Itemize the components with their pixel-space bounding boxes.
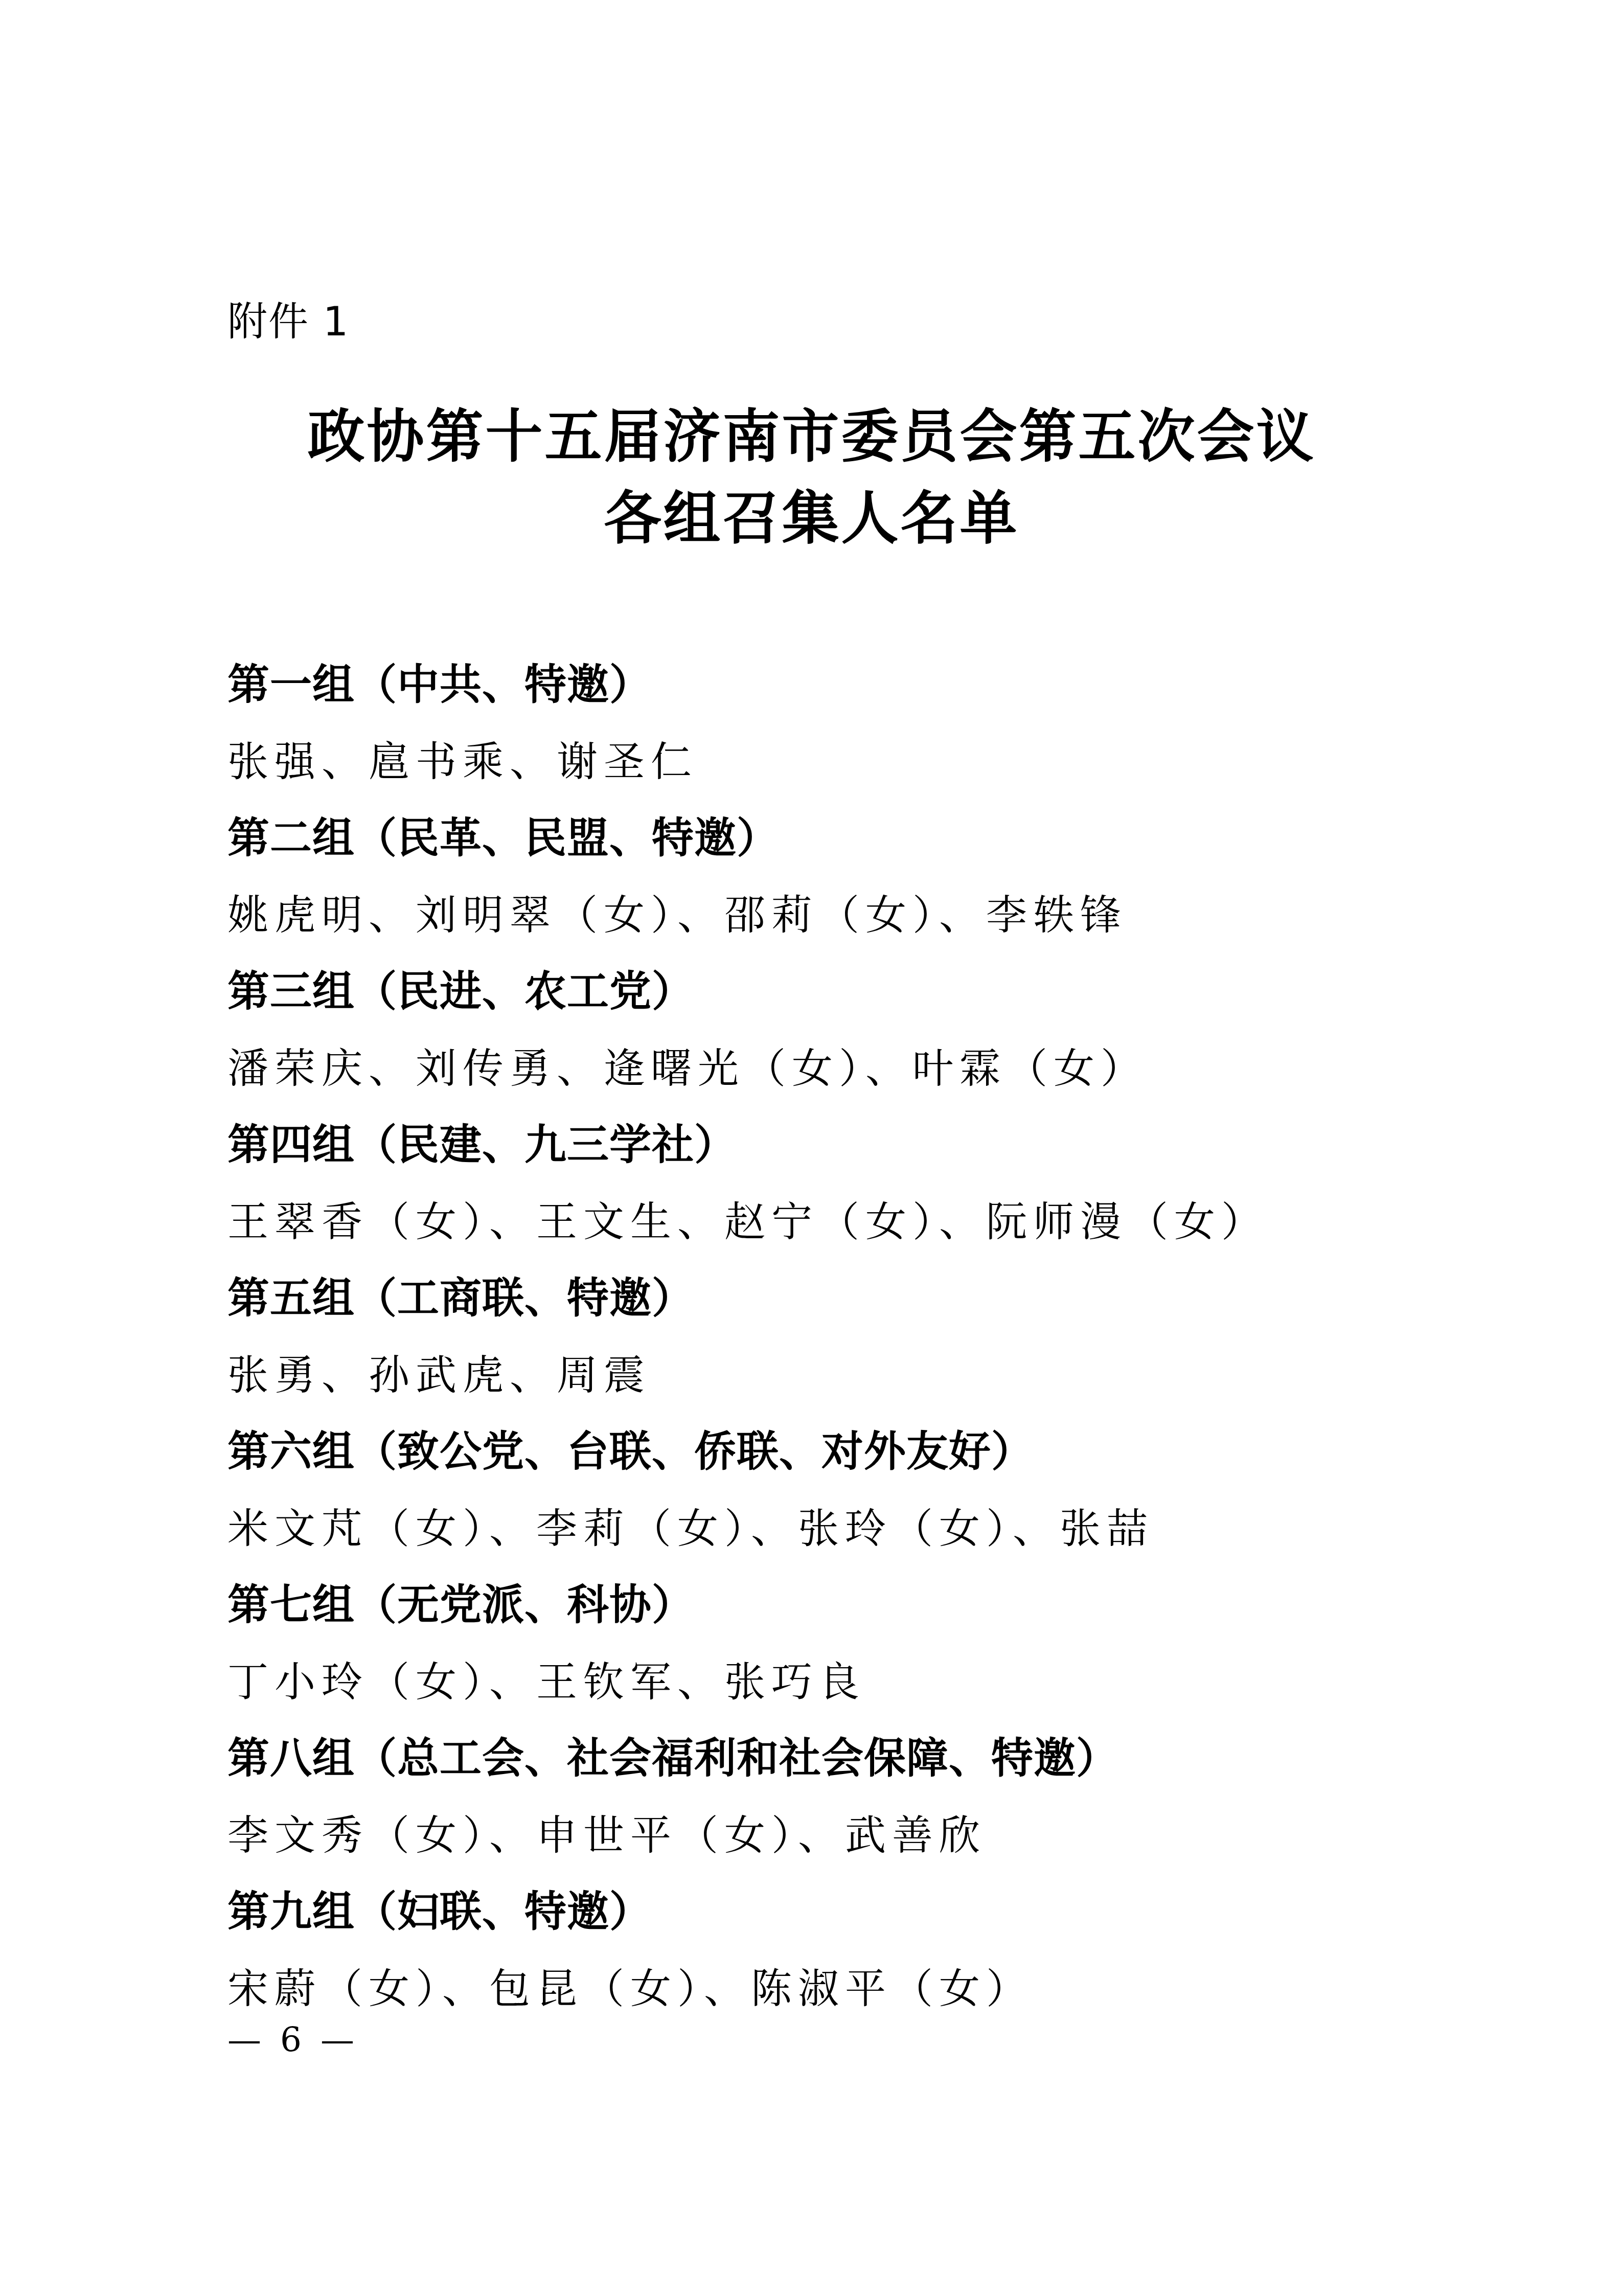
group-4: 第四组（民建、九三学社） 王翠香（女）、王文生、赵宁（女）、阮师漫（女） [227, 1107, 1454, 1260]
group-members: 张勇、孙武虎、周震 [227, 1337, 1454, 1414]
group-members: 丁小玲（女）、王钦军、张巧良 [227, 1644, 1454, 1720]
group-members: 宋蔚（女）、包昆（女）、陈淑平（女） [227, 1950, 1454, 2027]
group-heading: 第五组（工商联、特邀） [227, 1260, 1454, 1337]
group-heading: 第四组（民建、九三学社） [227, 1107, 1454, 1184]
group-heading: 第一组（中共、特邀） [227, 647, 1454, 723]
group-3: 第三组（民进、农工党） 潘荣庆、刘传勇、逄曙光（女）、叶霖（女） [227, 953, 1454, 1107]
group-members: 潘荣庆、刘传勇、逄曙光（女）、叶霖（女） [227, 1030, 1454, 1107]
group-heading: 第三组（民进、农工党） [227, 953, 1454, 1030]
group-2: 第二组（民革、民盟、特邀） 姚虎明、刘明翠（女）、邵莉（女）、李轶锋 [227, 800, 1454, 953]
group-9: 第九组（妇联、特邀） 宋蔚（女）、包昆（女）、陈淑平（女） [227, 1874, 1454, 2027]
group-members: 张强、扈书乘、谢圣仁 [227, 723, 1454, 800]
group-7: 第七组（无党派、科协） 丁小玲（女）、王钦军、张巧良 [227, 1567, 1454, 1720]
group-8: 第八组（总工会、社会福利和社会保障、特邀） 李文秀（女）、申世平（女）、武善欣 [227, 1720, 1454, 1874]
group-heading: 第六组（致公党、台联、侨联、对外友好） [227, 1414, 1454, 1490]
group-list: 第一组（中共、特邀） 张强、扈书乘、谢圣仁 第二组（民革、民盟、特邀） 姚虎明、… [227, 647, 1454, 2027]
group-members: 姚虎明、刘明翠（女）、邵莉（女）、李轶锋 [227, 877, 1454, 953]
group-6: 第六组（致公党、台联、侨联、对外友好） 米文芃（女）、李莉（女）、张玲（女）、张… [227, 1414, 1454, 1567]
group-1: 第一组（中共、特邀） 张强、扈书乘、谢圣仁 [227, 647, 1454, 800]
group-members: 李文秀（女）、申世平（女）、武善欣 [227, 1797, 1454, 1874]
group-heading: 第二组（民革、民盟、特邀） [227, 800, 1454, 877]
page-number: — 6 — [227, 2017, 358, 2063]
group-heading: 第八组（总工会、社会福利和社会保障、特邀） [227, 1720, 1454, 1797]
document-title-line-2: 各组召集人名单 [0, 478, 1623, 560]
attachment-label: 附件 1 [227, 297, 349, 348]
group-5: 第五组（工商联、特邀） 张勇、孙武虎、周震 [227, 1260, 1454, 1414]
group-members: 王翠香（女）、王文生、赵宁（女）、阮师漫（女） [227, 1184, 1454, 1260]
document-title-line-1: 政协第十五届济南市委员会第五次会议 [0, 396, 1623, 478]
group-members: 米文芃（女）、李莉（女）、张玲（女）、张喆 [227, 1490, 1454, 1567]
group-heading: 第七组（无党派、科协） [227, 1567, 1454, 1644]
group-heading: 第九组（妇联、特邀） [227, 1874, 1454, 1950]
